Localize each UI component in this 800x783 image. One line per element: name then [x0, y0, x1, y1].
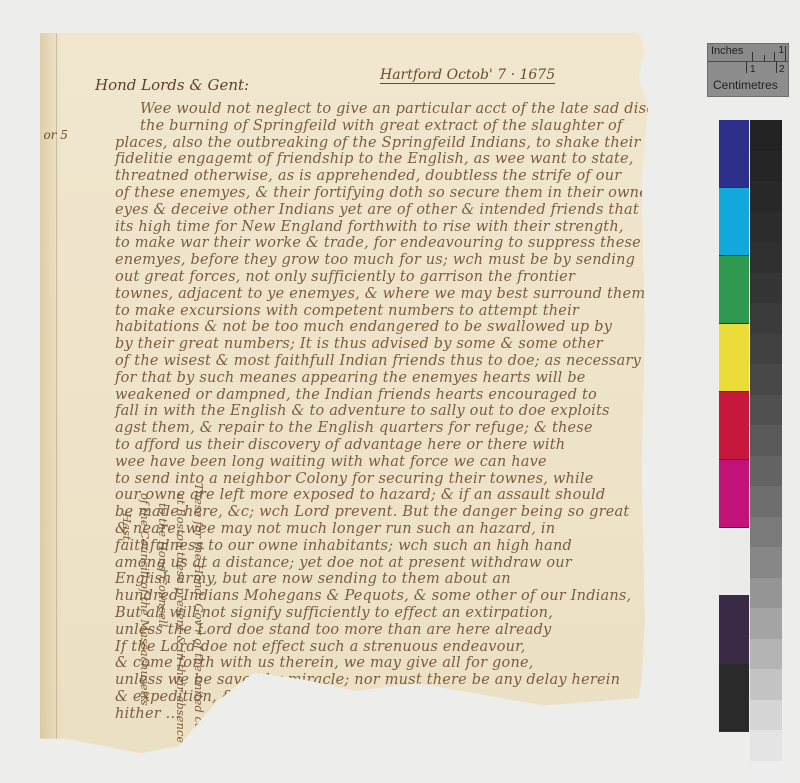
inch-mark: 1	[778, 45, 784, 56]
gray-step	[750, 181, 782, 212]
letter-line: places, also the outbreaking of the Spri…	[115, 135, 641, 151]
letter-line: enemyes, before they grow too much for u…	[115, 252, 635, 268]
gray-step	[750, 212, 782, 243]
gray-step	[750, 730, 782, 761]
gray-step	[750, 425, 782, 456]
gray-step	[750, 639, 782, 670]
letter-line: agst them, & repair to the English quart…	[115, 420, 593, 436]
letter-line: habitations & not be too much endangered…	[115, 319, 612, 335]
gray-scale	[750, 120, 782, 783]
endorsement-line: of the Councill of the Massachusetts	[138, 493, 152, 706]
color-patch-green	[719, 256, 749, 324]
gray-step	[750, 364, 782, 395]
letter-line: of these enemyes, & their fortifying dot…	[115, 185, 648, 201]
edge-stain	[40, 33, 62, 768]
letter-line: weakened or dampned, the Indian friends …	[115, 387, 597, 403]
letter-line: to make war their worke & trade, for end…	[115, 235, 641, 251]
color-patch-yellow	[719, 324, 749, 392]
letter-line: by their great numbers; It is thus advis…	[115, 336, 603, 352]
color-patches	[719, 120, 749, 732]
letter-line: for that by such meanes appearing the en…	[115, 370, 586, 386]
fold-line	[56, 33, 57, 768]
margin-note: 4 or 5	[32, 128, 68, 142]
gray-step	[750, 456, 782, 487]
gray-step	[750, 120, 782, 151]
letter-line: eyes & deceive other Indians yet are of …	[115, 202, 639, 218]
dateline: Hartford Octob' 7 · 1675	[380, 67, 555, 84]
measurement-ruler: Inches 1 1 2 Centimetres	[707, 43, 789, 97]
color-patch-cyan	[719, 188, 749, 256]
gray-step	[750, 669, 782, 700]
letter-line: fidelitie engagemt of friendship to the …	[115, 151, 634, 167]
gray-step	[750, 151, 782, 182]
centimetres-label: Centimetres	[713, 78, 778, 92]
cm-mark: 2	[779, 64, 785, 75]
salutation: Hond Lords & Gent:	[95, 76, 249, 94]
gray-step	[750, 517, 782, 548]
gray-step	[750, 700, 782, 731]
endorsement-line: These for the Hond: Gov'r of the united …	[192, 483, 206, 754]
letter-line: its high time for New England forthwith …	[115, 219, 624, 235]
letter-line: to make excursions with competent number…	[115, 303, 579, 319]
manuscript-letter: Hond Lords & Gent: Hartford Octob' 7 · 1…	[40, 33, 670, 768]
endorsement-line: at Boston these present & in their absen…	[174, 493, 188, 743]
endorsement-line: Hast.	[120, 513, 134, 544]
gray-step	[750, 395, 782, 426]
letter-line: threatned otherwise, as is apprehended, …	[115, 168, 621, 184]
gray-step	[750, 303, 782, 334]
gray-step	[750, 608, 782, 639]
letter-line: Wee would not neglect to give an particu…	[140, 101, 707, 117]
gray-step	[750, 334, 782, 365]
letter-line: to afford us their discovery of advantag…	[115, 437, 565, 453]
color-patch-black	[719, 664, 749, 732]
gray-step	[750, 761, 782, 783]
color-patch-dark-violet	[719, 596, 749, 664]
letter-line: the burning of Springfeild with great ex…	[140, 118, 623, 134]
gray-step	[750, 547, 782, 578]
inches-label: Inches	[711, 45, 743, 57]
letter-line: townes, adjacent to ye enemyes, & where …	[115, 286, 645, 302]
gray-step	[750, 578, 782, 609]
letter-line: wee have been long waiting with what for…	[115, 454, 547, 470]
color-patch-magenta	[719, 460, 749, 528]
endorsement: These for the Hond: Gov'r of the united …	[100, 483, 210, 723]
letter-line: out great forces, not only sufficiently …	[115, 269, 575, 285]
cm-mark: 1	[750, 64, 756, 75]
color-patch-blue	[719, 120, 749, 188]
letter-line: of the wisest & most faithfull Indian fr…	[115, 353, 641, 369]
gray-step	[750, 242, 782, 273]
letter-line: fall in with the English & to adventure …	[115, 403, 610, 419]
endorsement-line: to the Hond Councell	[156, 503, 170, 627]
gray-step	[750, 486, 782, 517]
color-patch-red	[719, 392, 749, 460]
color-patch-white	[719, 528, 749, 596]
gray-step	[750, 273, 782, 304]
